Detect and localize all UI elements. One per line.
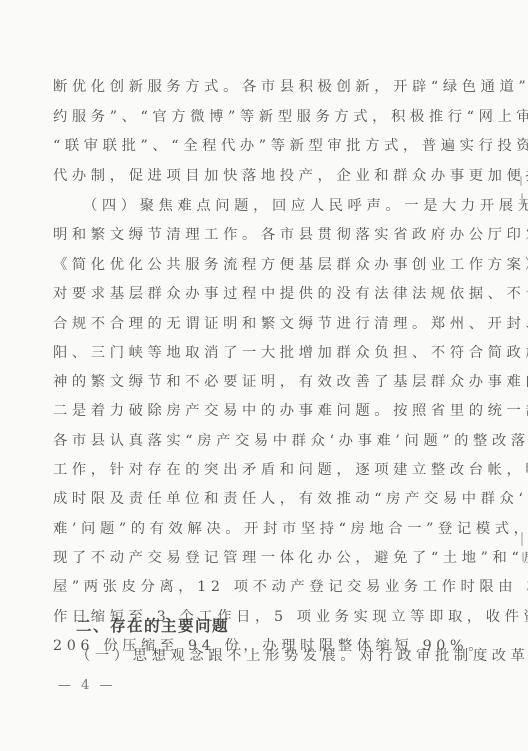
paragraph-line: （一）思想观念跟不上形势发展。对行政审批制度改革的新 [76, 645, 456, 667]
paragraph-line: “联审联批”、“全程代办”等新型审批方式，普遍实行投资项目 [53, 135, 463, 157]
paragraph-line: 难’问题”的有效解决。开封市坚持“房地合一”登记模式，实 [53, 518, 463, 540]
scan-margin-mark [522, 552, 524, 562]
paragraph-line: 神的繁文缛节和不必要证明，有效改善了基层群众办事难问题。 [53, 371, 463, 393]
paragraph-line: 对要求基层群众办事过程中提供的没有法律法规依据、不合法不 [53, 283, 463, 305]
paragraph-line: 代办制，促进项目加快落地投产，企业和群众办事更加便捷。 [53, 165, 463, 187]
scan-margin-mark [521, 532, 523, 546]
paragraph-line: （四）聚焦难点问题，回应人民呼声。一是大力开展无谓证 [83, 195, 463, 217]
paragraph-line: 阳、三门峡等地取消了一大批增加群众负担、不符合简政放权精 [53, 342, 463, 364]
scan-margin-mark [521, 193, 523, 205]
page-number: — 4 — [58, 676, 116, 696]
paragraph-line: 断优化创新服务方式。各市县积极创新，开辟“绿色通道”、“预 [53, 76, 463, 98]
paragraph-line: 约服务”、“官方微博”等新型服务方式，积极推行“网上审批”、 [53, 106, 463, 128]
paragraph-line: 合规不合理的无谓证明和繁文缛节进行清理。郑州、开封、安 [53, 313, 463, 335]
document-page: 断优化创新服务方式。各市县积极创新，开辟“绿色通道”、“预 约服务”、“官方微博… [0, 0, 528, 751]
paragraph-line: 《简化优化公共服务流程方便基层群众办事创业工作方案》精神， [53, 254, 463, 276]
section-heading: 二、存在的主要问题 [76, 615, 229, 637]
paragraph-line: 明和繁文缛节清理工作。各市县贯彻落实省政府办公厅印发的 [53, 224, 463, 246]
paragraph-line: 成时限及责任单位和责任人，有效推动“房产交易中群众‘办事 [53, 488, 463, 510]
scan-margin-mark [520, 176, 522, 186]
paragraph-line: 二是着力破除房产交易中的办事难问题。按照省里的统一部署， [53, 400, 463, 422]
paragraph-line: 现了不动产交易登记管理一体化办公，避免了“土地”和“房 [53, 547, 463, 569]
paragraph-line: 各市县认真落实“房产交易中群众‘办事难’问题”的整改落实 [53, 430, 463, 452]
paragraph-line: 屋”两张皮分离，12 项不动产登记交易业务工作时限由 30 个工 [53, 576, 463, 598]
paragraph-line: 工作，针对存在的突出矛盾和问题，逐项建立整改台帐，明确完 [53, 459, 463, 481]
